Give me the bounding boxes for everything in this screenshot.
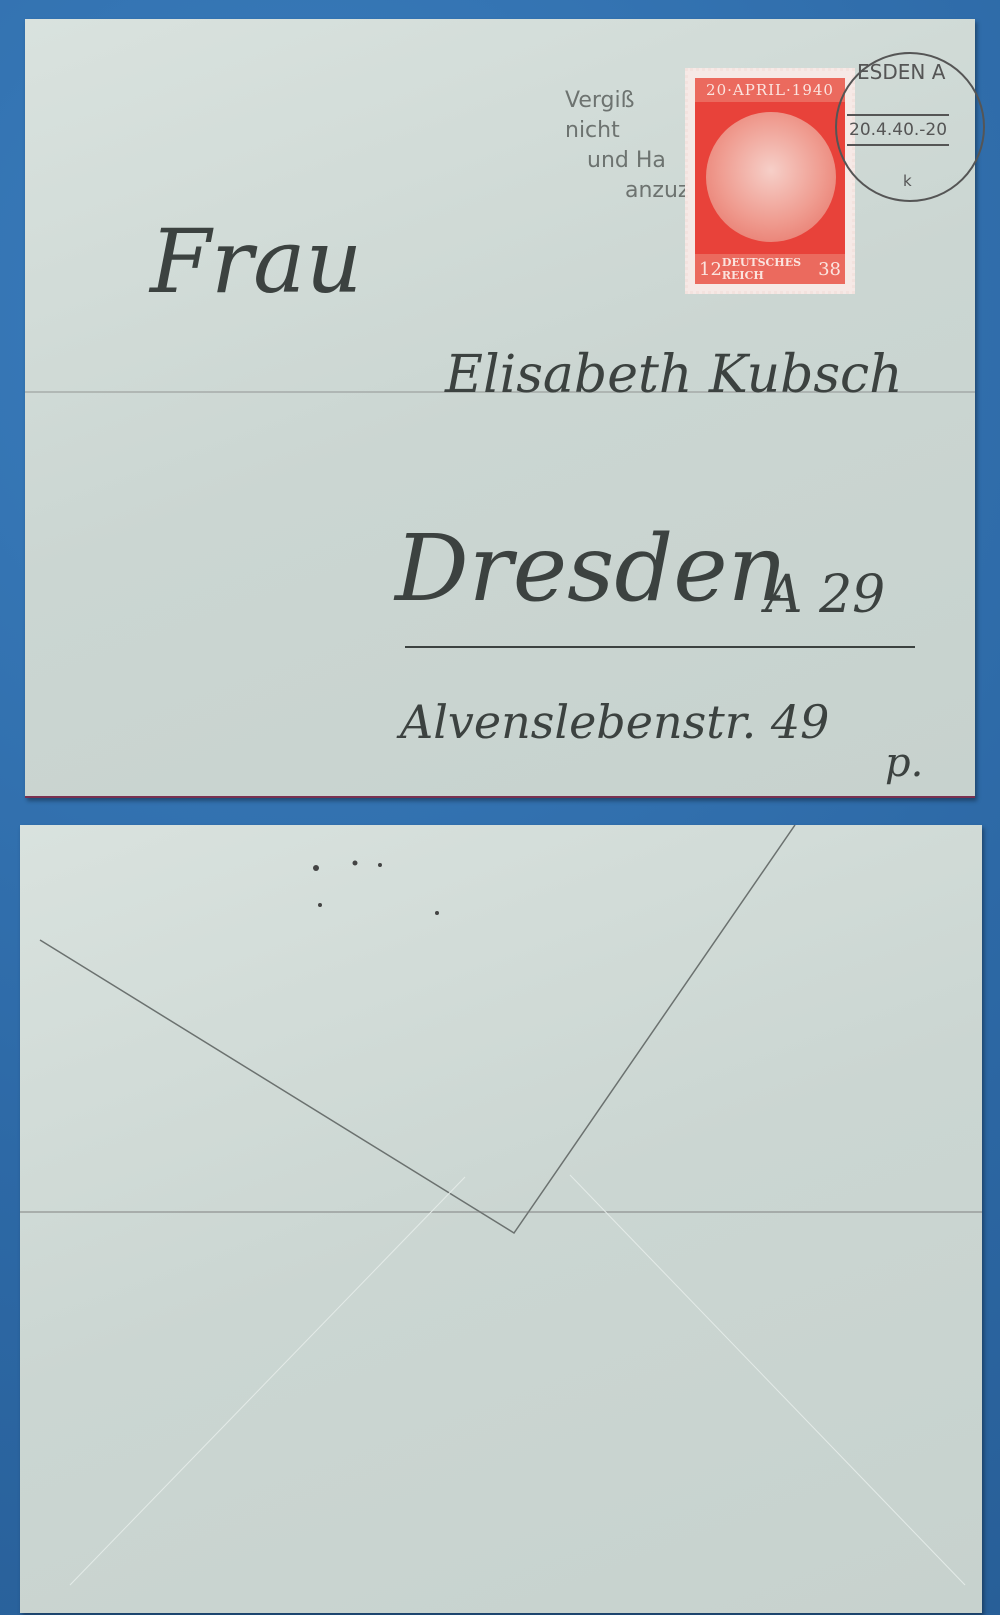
envelope-back (20, 825, 982, 1613)
address-suffix: p. (885, 740, 923, 786)
envelope-flap-lines (20, 825, 982, 1613)
city-underline (405, 646, 915, 648)
slogan-cancel: Vergiß nicht und Ha anzuze (565, 86, 685, 206)
address-district: A 29 (765, 565, 885, 625)
postmark: ESDEN A 20.4.40.-20 k (835, 52, 985, 202)
address-name: Elisabeth Kubsch (445, 345, 903, 405)
address-city: Dresden (395, 515, 787, 622)
stamp-denomination: 12 DEUTSCHES REICH 38 (695, 254, 845, 284)
address-street: Alvenslebenstr. 49 (400, 695, 829, 749)
stamp-date: 20·APRIL·1940 (695, 78, 845, 102)
address-salutation: Frau (150, 210, 362, 313)
postage-stamp: 20·APRIL·1940 12 DEUTSCHES REICH 38 (685, 68, 855, 294)
stamp-portrait-image (706, 112, 836, 242)
